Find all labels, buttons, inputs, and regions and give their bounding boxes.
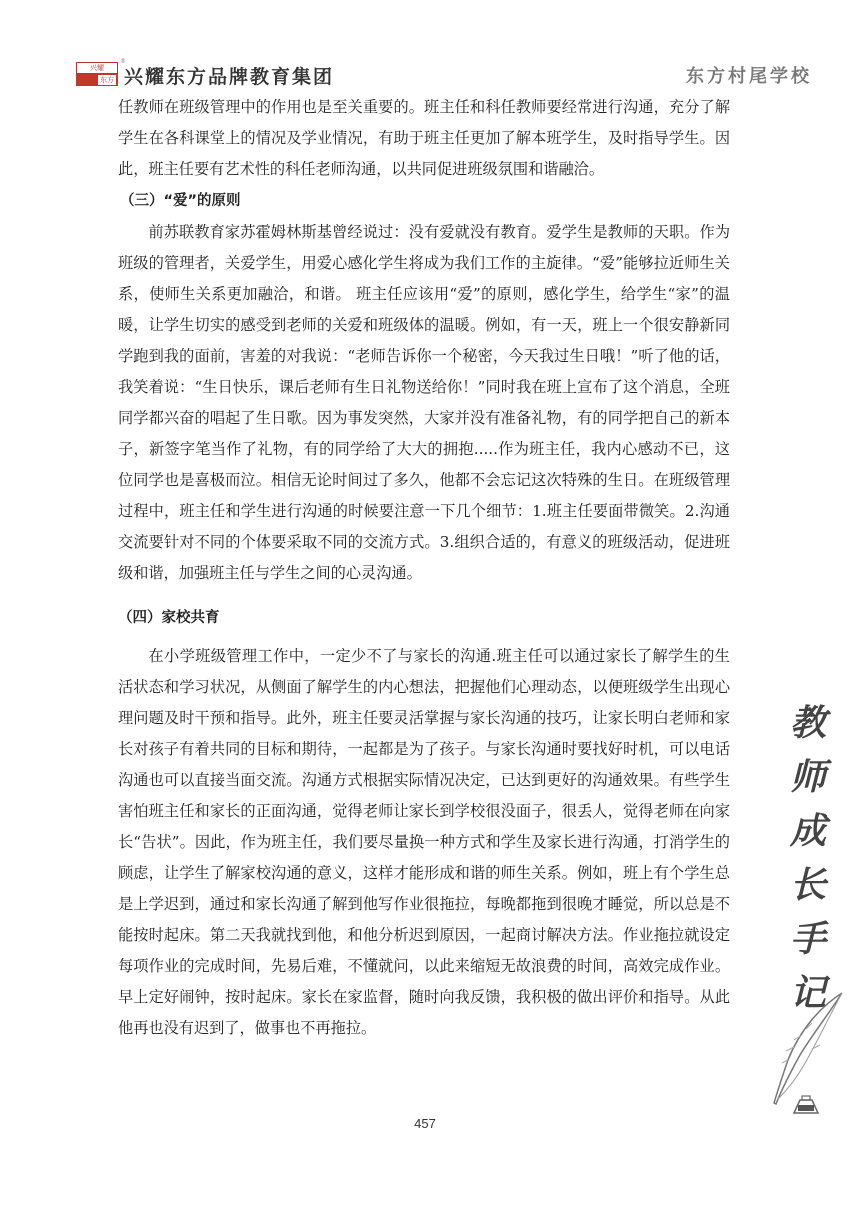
quill-inkwell-icon xyxy=(760,985,850,1120)
logo-bottom: 东方 xyxy=(76,74,118,86)
document-body: 任教师在班级管理中的作用也是至关重要的。班主任和科任教师要经常进行沟通，充分了解… xyxy=(118,92,730,1044)
paragraph-love-principle: 前苏联教育家苏霍姆林斯基曾经说过：没有爱就没有教育。爱学生是教师的天职。作为班级… xyxy=(118,217,730,589)
logo-bottom-text: 东方 xyxy=(98,75,116,85)
section-heading-3: （三）“爱”的原则 xyxy=(120,185,730,217)
paragraph-home-school: 在小学班级管理工作中，一定少不了与家长的沟通.班主任可以通过家长了解学生的生活状… xyxy=(118,641,730,1044)
sidebar-char: 手 xyxy=(778,912,838,966)
group-logo: 兴耀 东方 ® xyxy=(76,62,118,86)
page-header: 兴耀 东方 ® 兴耀东方品牌教育集团 东方村尾学校 xyxy=(0,58,850,94)
school-name: 东方村尾学校 xyxy=(686,62,812,88)
logo-top: 兴耀 xyxy=(76,62,118,74)
sidebar-char: 教 xyxy=(778,696,838,750)
sidebar-char: 成 xyxy=(778,804,838,858)
page-number: 457 xyxy=(0,1116,850,1131)
sidebar-char: 长 xyxy=(778,858,838,912)
sidebar-char: 师 xyxy=(778,750,838,804)
section-heading-4: （四）家校共育 xyxy=(118,595,730,641)
paragraph-continued: 任教师在班级管理中的作用也是至关重要的。班主任和科任教师要经常进行沟通，充分了解… xyxy=(118,92,730,185)
sidebar-calligraphy: 教 师 成 长 手 记 xyxy=(778,696,838,1020)
brand-name: 兴耀东方品牌教育集团 xyxy=(124,62,334,89)
